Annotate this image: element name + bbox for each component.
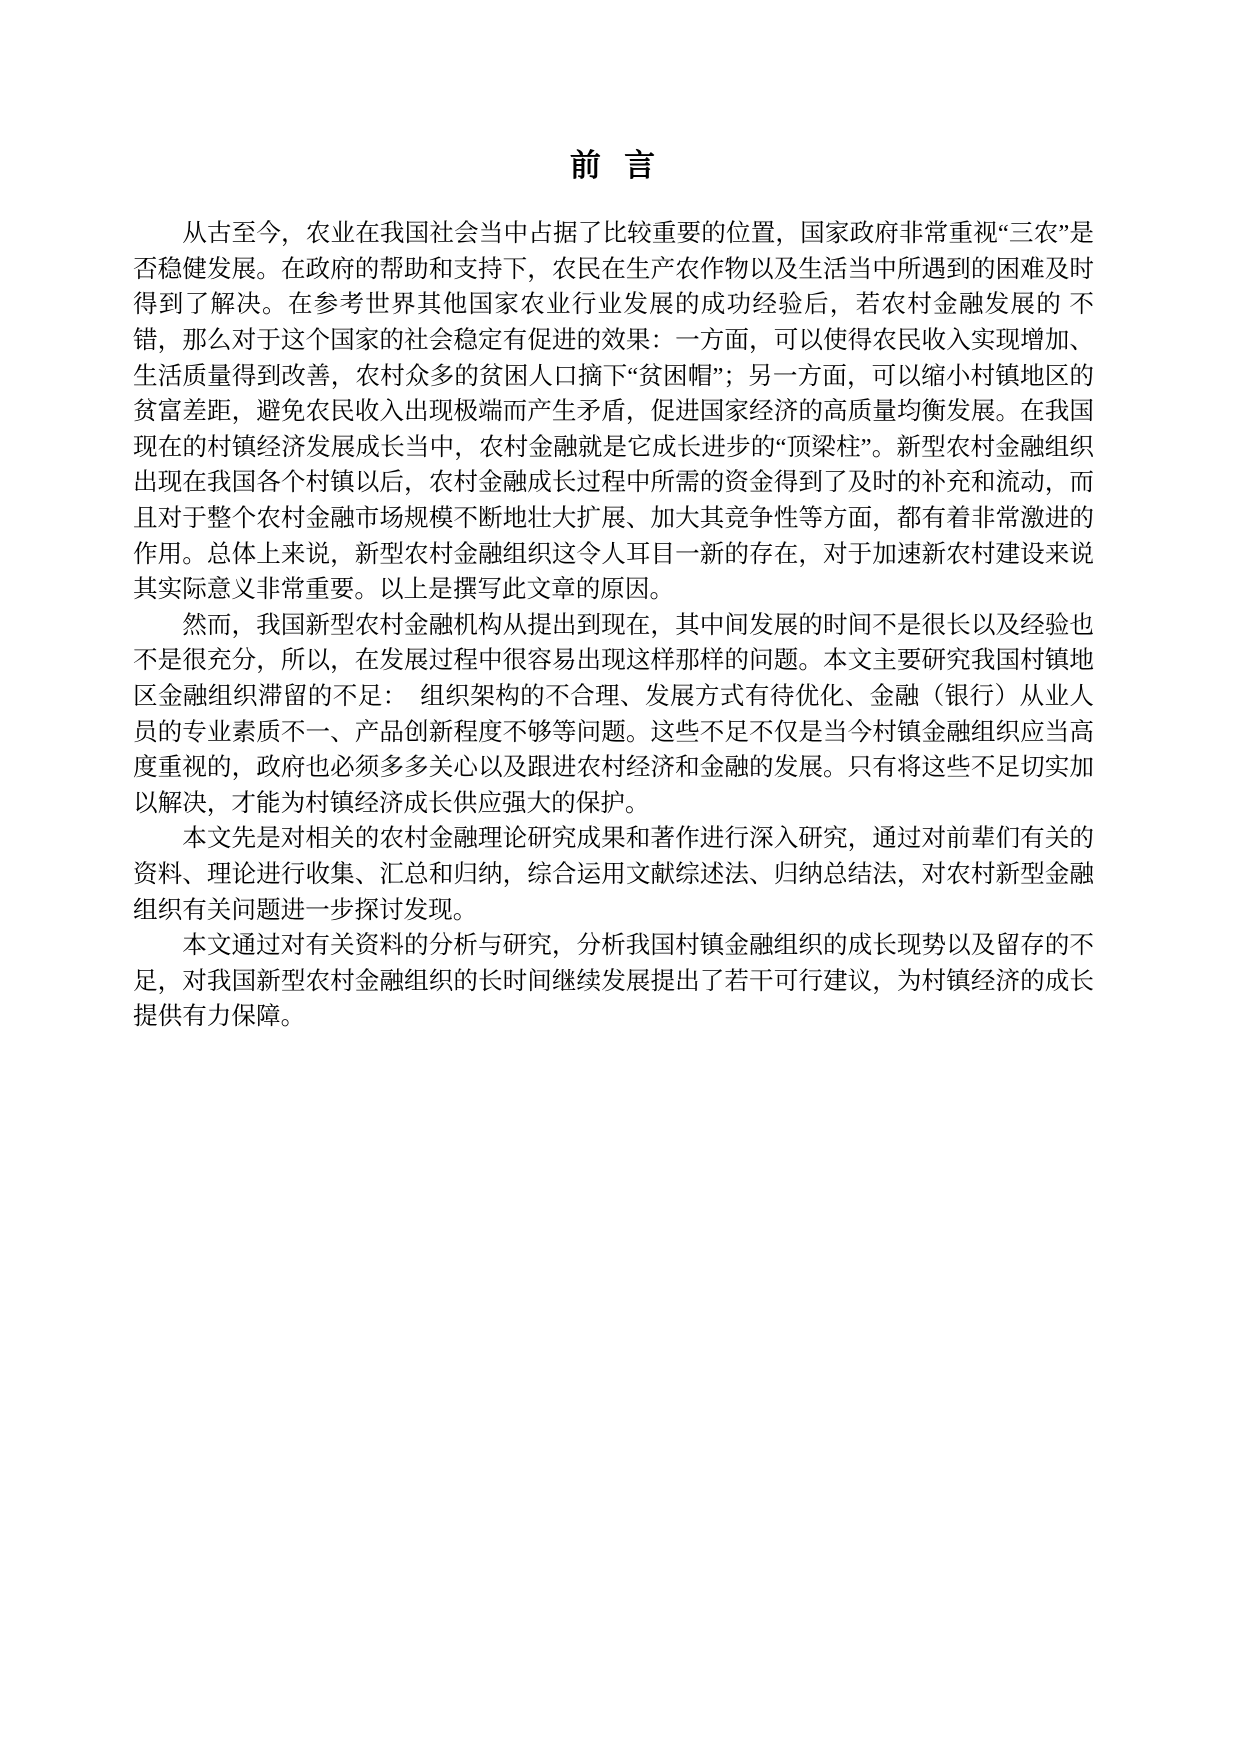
- paragraph-1: 从古至今，农业在我国社会当中占据了比较重要的位置，国家政府非常重视“三农”是否稳…: [133, 216, 1094, 608]
- paragraph-3: 本文先是对相关的农村金融理论研究成果和著作进行深入研究，通过对前辈们有关的资料、…: [133, 821, 1094, 928]
- page-title: 前 言: [133, 146, 1094, 186]
- page-content: 前 言 从古至今，农业在我国社会当中占据了比较重要的位置，国家政府非常重视“三农…: [0, 0, 1240, 1035]
- paragraph-2: 然而，我国新型农村金融机构从提出到现在，其中间发展的时间不是很长以及经验也不是很…: [133, 608, 1094, 822]
- document-page: 前 言 从古至今，农业在我国社会当中占据了比较重要的位置，国家政府非常重视“三农…: [0, 0, 1240, 1754]
- paragraph-4: 本文通过对有关资料的分析与研究，分析我国村镇金融组织的成长现势以及留存的不足，对…: [133, 928, 1094, 1035]
